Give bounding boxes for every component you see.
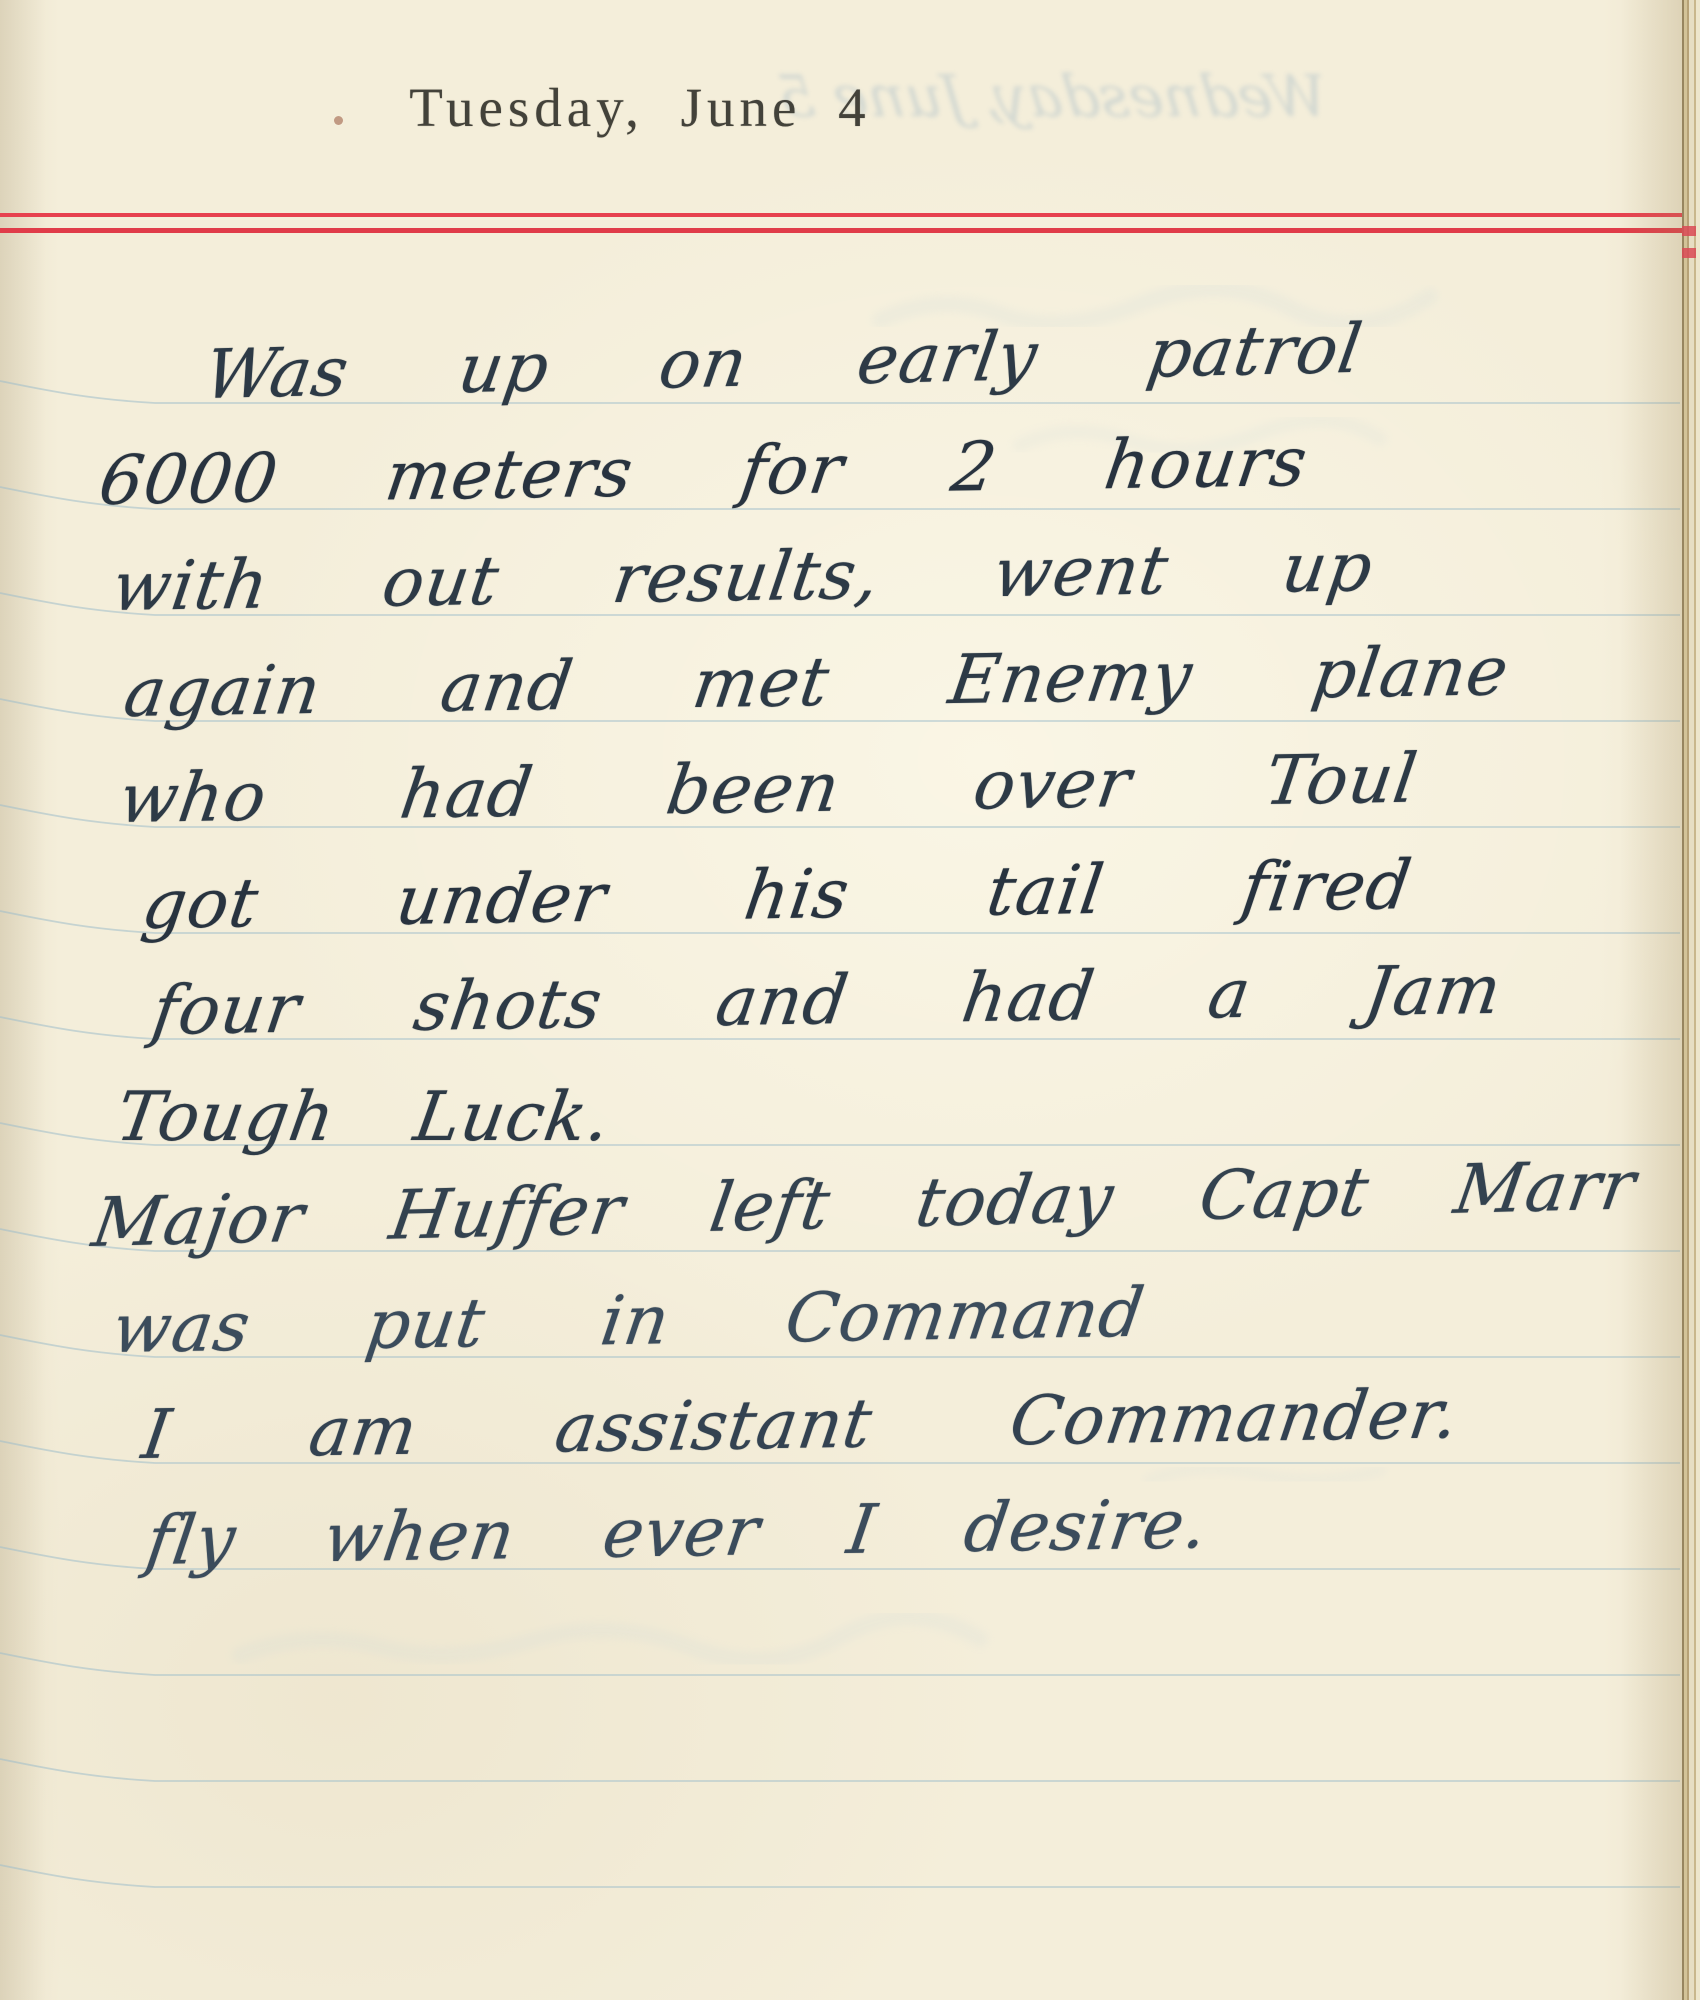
diary-line: four shots and had a Jam xyxy=(148,957,1506,1046)
page-edge xyxy=(1682,0,1700,2000)
diary-line: was put in Command xyxy=(108,1280,1149,1364)
diary-line: with out results, went up xyxy=(108,534,1377,622)
diary-entry: Was up on early patrol 6000 meters for 2… xyxy=(0,0,1700,2000)
diary-line: fly when ever I desire. xyxy=(142,1491,1212,1576)
diary-line: I am assistant Commander. xyxy=(138,1381,1463,1470)
diary-page: Wednesday, June 5 Tuesday, June 4 Was up… xyxy=(0,0,1700,2000)
page-edge-shadow xyxy=(1620,0,1682,2000)
diary-line: 6000 meters for 2 hours xyxy=(95,429,1312,516)
diary-line: Was up on early patrol xyxy=(200,316,1367,410)
diary-line: who had been over Toul xyxy=(115,746,1422,834)
diary-line: Tough Luck. xyxy=(112,1084,615,1152)
diary-line: Major Huffer left today Capt Marr xyxy=(88,1152,1640,1258)
diary-line: again and met Enemy plane xyxy=(120,638,1513,728)
diary-line: got under his tail fired xyxy=(138,852,1416,940)
